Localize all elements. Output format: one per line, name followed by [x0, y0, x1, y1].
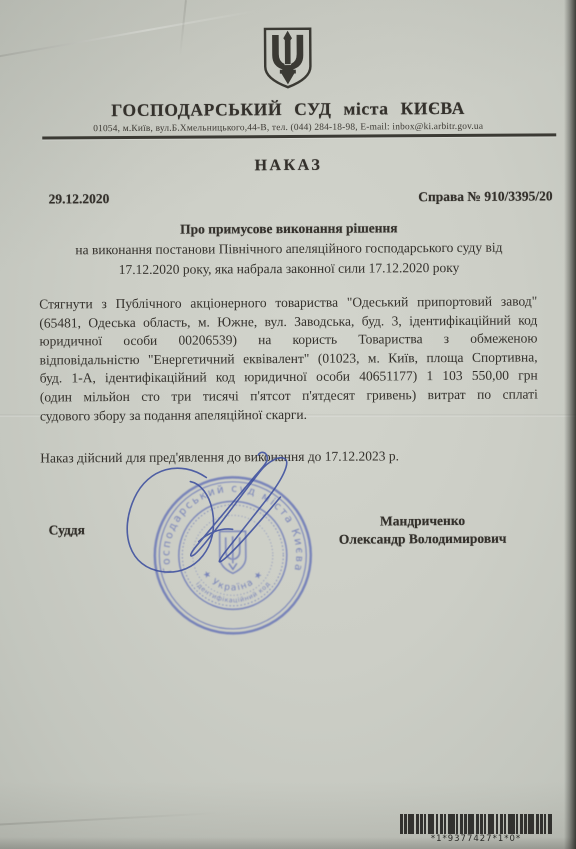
court-name: ГОСПОДАРСЬКИЙ СУД міста КИЄВА [40, 97, 536, 121]
case-number: Справа № 910/3395/20 [418, 188, 553, 205]
document-page: ГОСПОДАРСЬКИЙ СУД міста КИЄВА 01054, м.К… [0, 0, 576, 849]
judge-signature [110, 449, 341, 600]
subject-block: Про примусове виконання рішення на викон… [41, 217, 537, 280]
court-address: 01054, м.Київ, вул.Б.Хмельницького,44-В,… [40, 121, 536, 134]
ukraine-trident-emblem-icon [259, 26, 317, 90]
signature-row: Суддя Мандриченко Олександр Володимирови… [43, 510, 540, 743]
order-date: 29.12.2020 [41, 191, 110, 207]
body-line: (один мільйон сто три тисячі п'ятсот п'я… [40, 385, 538, 407]
scanned-court-order: ГОСПОДАРСЬКИЙ СУД міста КИЄВА 01054, м.К… [0, 0, 576, 849]
photo-edge [564, 0, 576, 849]
judge-label: Суддя [49, 522, 85, 538]
order-body: Стягнути з Публічного акціонерного товар… [39, 292, 538, 425]
body-line: судового збору за подання апеляційної ск… [40, 404, 538, 426]
header-rule [42, 133, 556, 139]
photo-edge [0, 837, 576, 849]
emblem-wrap [39, 0, 536, 97]
barcode-icon [400, 814, 552, 834]
body-line: Стягнути з Публічного акціонерного товар… [39, 292, 537, 314]
document-title: НАКАЗ [40, 155, 536, 176]
subject-line: на виконання постанови Північного апеляц… [41, 237, 537, 260]
subject-line: 17.12.2020 року, яка набрала законної си… [41, 257, 537, 280]
date-case-row: 29.12.2020 Справа № 910/3395/20 [41, 188, 537, 207]
